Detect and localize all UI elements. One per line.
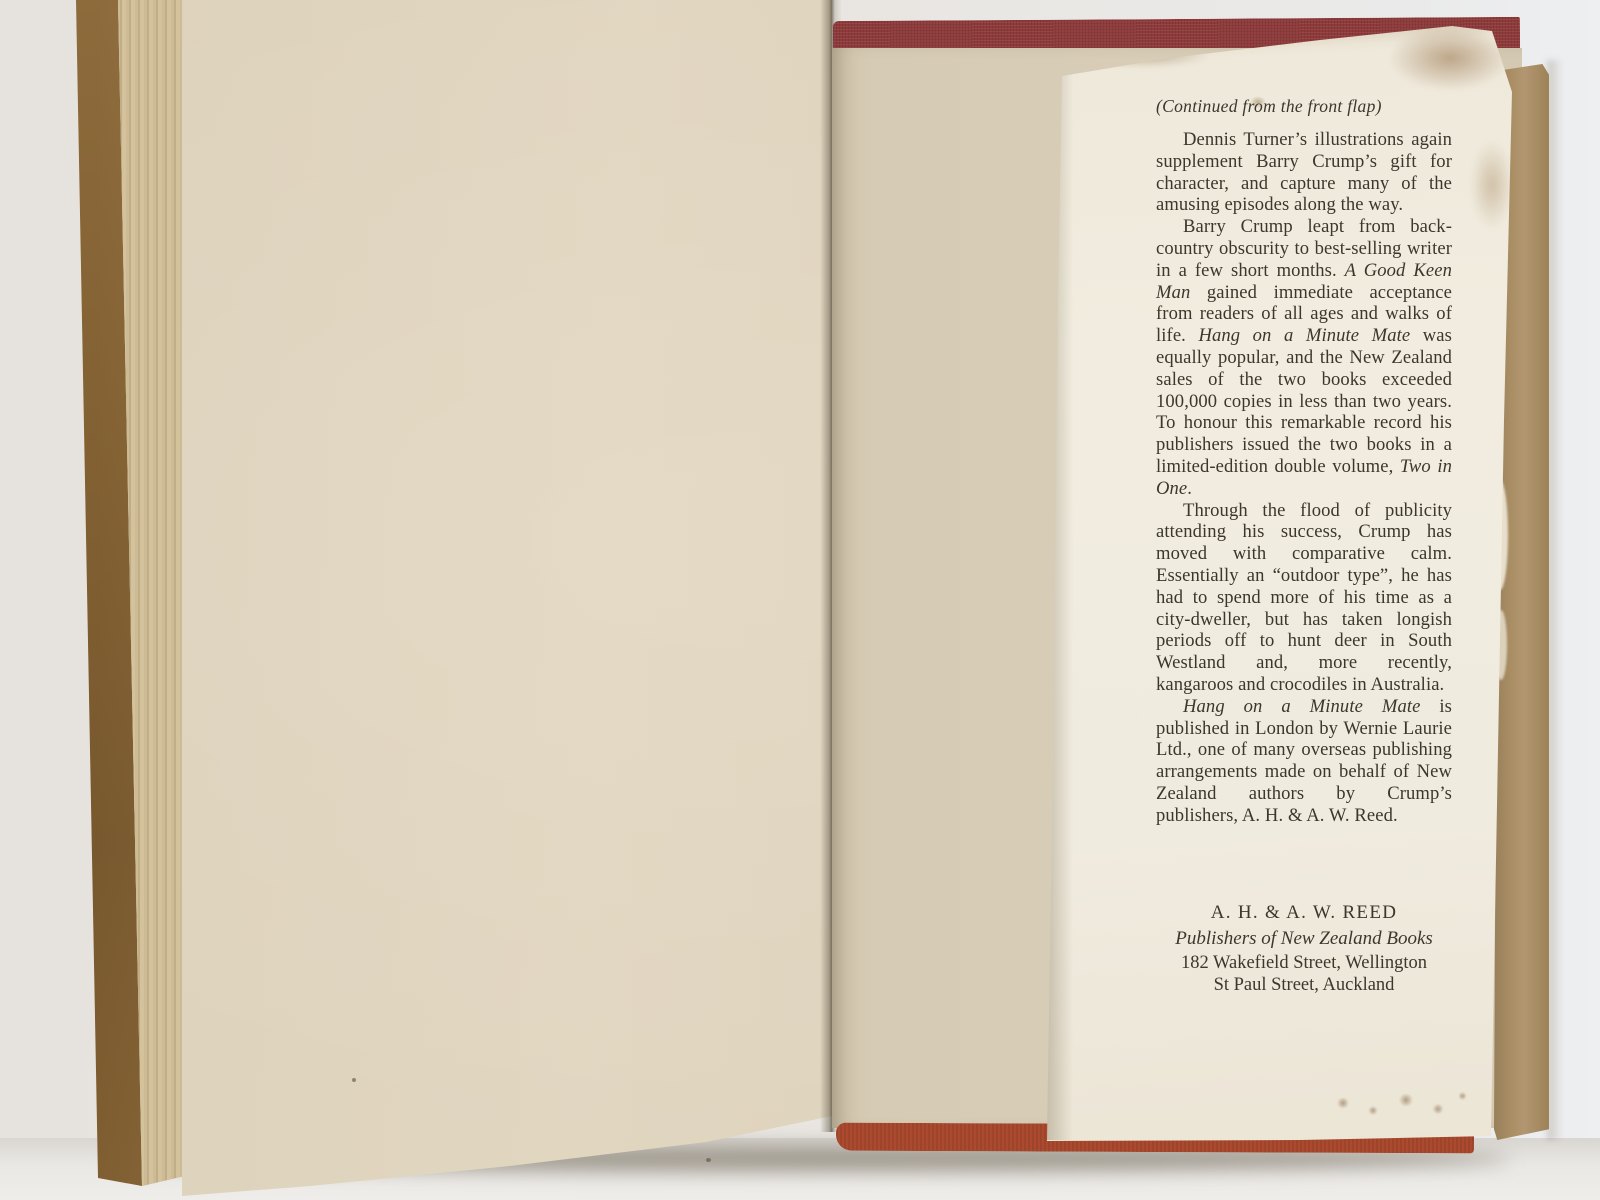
publisher-address-wellington: 182 Wakefield Street, Wellington [1156, 953, 1452, 975]
flap-paragraphs: Dennis Turner’s illustrations again supp… [1156, 129, 1452, 827]
publisher-tagline: Publishers of New Zealand Books [1156, 928, 1452, 950]
flap-paragraph: Dennis Turner’s illustrations again supp… [1156, 129, 1452, 216]
foxing-spot [1336, 1098, 1350, 1108]
publisher-address-auckland: St Paul Street, Auckland [1156, 975, 1452, 997]
foxing-spot [1432, 1104, 1444, 1114]
stain-spot [1390, 26, 1510, 90]
paper-speck [706, 1158, 711, 1162]
flap-text-column: (Continued from the front flap) Dennis T… [1156, 96, 1452, 827]
foxing-spot [1368, 1106, 1378, 1115]
foxing-spot [1398, 1094, 1414, 1106]
foxing-spot [1458, 1092, 1467, 1100]
publisher-block: A. H. & A. W. REED Publishers of New Zea… [1156, 902, 1452, 996]
publisher-name: A. H. & A. W. REED [1156, 902, 1452, 924]
flap-paragraph: Through the flood of publicity attending… [1156, 500, 1452, 696]
paper-speck [352, 1078, 356, 1082]
flap-paragraph: Hang on a Minute Mate is published in Lo… [1156, 696, 1452, 827]
flap-paragraph: Barry Crump leapt from back-country obsc… [1156, 216, 1452, 499]
continued-note: (Continued from the front flap) [1156, 96, 1452, 116]
right-edge-shadow [1547, 60, 1563, 1140]
photo-of-open-book: (Continued from the front flap) Dennis T… [0, 0, 1600, 1200]
stain-spot [1470, 140, 1514, 230]
